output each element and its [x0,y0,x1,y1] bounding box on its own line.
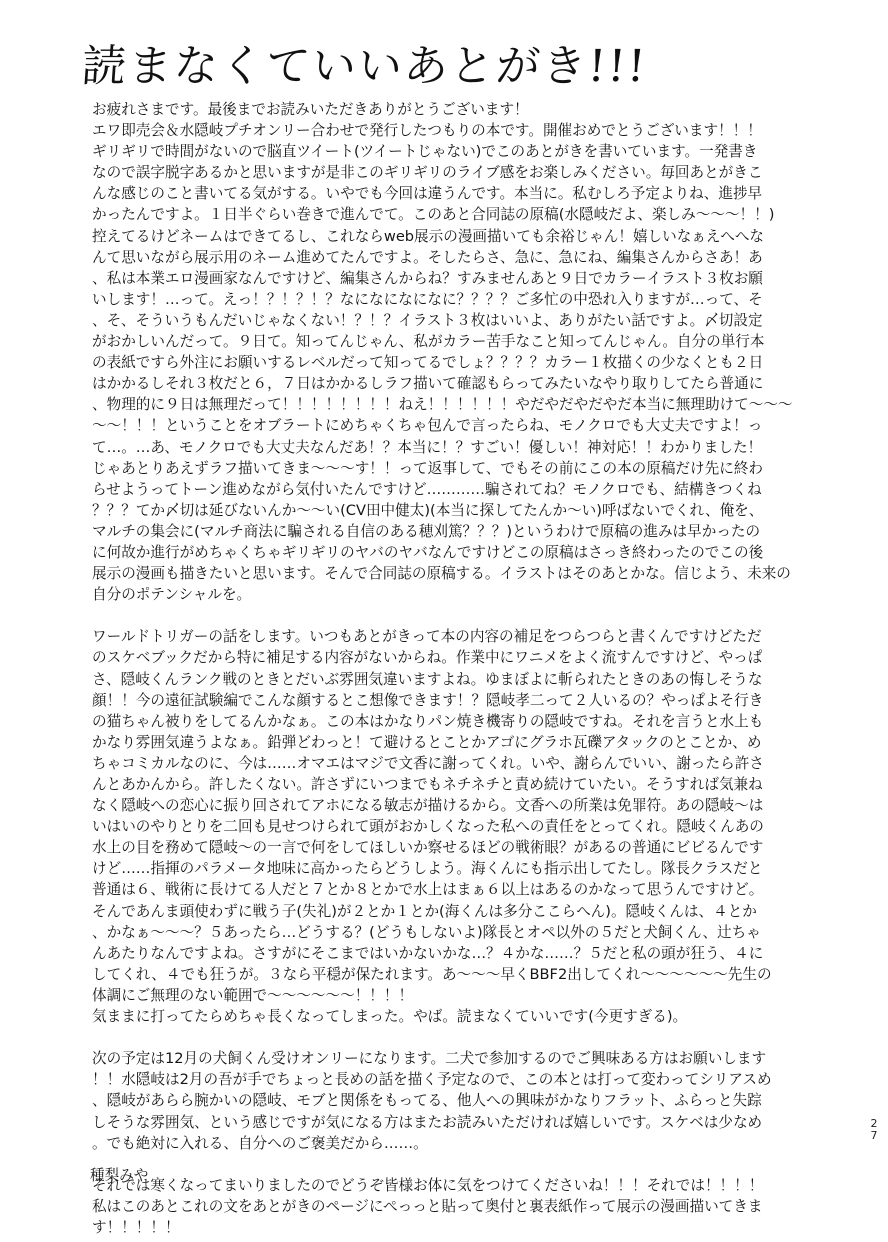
page-number: 2 7 [868,1118,880,1142]
afterword-body: お疲れさまです。最後までお読みいただきありがとうございます！エワ即売会＆水隠岐プ… [92,99,814,1238]
text-line: そんであんま頭使わずに戦う子(失礼)が２とか１とか(海くんは多分ここらへん)。隠… [92,901,814,922]
text-line: それでは寒くなってまいりましたのでどうぞ皆様お体に気をつけてくださいね！！！それ… [92,1175,814,1196]
paragraph-gap [92,605,814,626]
text-line: はかかるしそれ３枚だと６，７日はかかるしラフ描いて確認もらってみたいなやり取りし… [92,373,814,394]
text-line: かなり雰囲気違うよなぁ。鉛弾どわっと！て避けるとことかアゴにグラホ瓦礫アタックの… [92,732,814,753]
paragraph-gap [92,1154,814,1175]
author-signature: 種梨みや [90,1165,148,1186]
text-line: 私はこのあとこれの文をあとがきのページにぺっっと貼って奥付と裏表紙作って展示の漫… [92,1196,814,1217]
text-line: ！！水隠岐は2月の吾が手でちょっと長めの話を描く予定なので、この本とは打って変わ… [92,1069,814,1090]
text-line: なく隠岐への恋心に振り回されてアホになる敏志が描けるから。文香への所業は免罪符。… [92,795,814,816]
text-line: 顔！！今の遠征試験編でこんな顔するとこ想像できます！？隠岐孝二って２人いるの？や… [92,690,814,711]
text-line: ワールドトリガーの話をします。いつもあとがきって本の内容の補足をつらつらと書くん… [92,626,814,647]
paragraph-4: それでは寒くなってまいりましたのでどうぞ皆様お体に気をつけてくださいね！！！それ… [92,1175,814,1238]
text-line: なので誤字脱字あるかと思いますが是非このギリギリのライブ感をお楽しみください。毎… [92,162,814,183]
text-line: けど……指揮のパラメータ地味に高かったらどうしよう。海くんにも指示出してたし。隊… [92,858,814,879]
text-line: いはいのやりとりを二回も見せつけられて頭がおかしくなった私への責任をとってくれ。… [92,816,814,837]
text-line: 展示の漫画も描きたいと思います。そんで合同誌の原稿する。イラストはそのあとかな。… [92,563,814,584]
text-line: 、隠岐があらら腕かいの隠岐、モブと関係をもってる、他人への興味がかなりフラット、… [92,1090,814,1111]
afterword-title: 読まなくていいあとがき!!! [80,36,644,98]
text-line: お疲れさまです。最後までお読みいただきありがとうございます！ [92,99,814,120]
text-line: のスケベブックだから特に補足する内容がないからね。作業中にワニメをよく流すんです… [92,647,814,668]
text-line: じゃあとりあえずラフ描いてきま～～～す！！って返事して、でもその前にこの本の原稿… [92,458,814,479]
text-line: 、物理的に９日は無理だって！！！！！！！！ねえ！！！！！！やだやだやだやだ本当に… [92,394,814,415]
text-line: 控えてるけどネームはできてるし、これならweb展示の漫画描いても余裕じゃん！嬉し… [92,226,814,247]
text-line: マルチの集会に(マルチ商法に騙される自信のある穂刈篤？？？)というわけで原稿の進… [92,521,814,542]
text-line: かったんですよ。１日半ぐらい巻きで進んでて。このあと合同誌の原稿(水隠岐だよ、楽… [92,204,814,225]
text-line: 。でも絶対に入れる、自分へのご褒美だから……。 [92,1133,814,1154]
text-line: 水上の目を務めて隠岐～の一言で何をしてほしいか察せるほどの戦術眼？があるの普通に… [92,837,814,858]
text-line: いします！…って。えっ！？！？！？なになになになに？？？？ご多忙の中恐れ入ります… [92,289,814,310]
text-line: ～～！！！ということをオブラートにめちゃくちゃ包んで言ったらね、モノクロでも大丈… [92,415,814,436]
text-line: がおかしいんだって。９日て。知ってんじゃん、私がカラー苦手なこと知ってんじゃん。… [92,331,814,352]
text-line: ？？？てか〆切は延びないんか～～い(CV田中健太)(本当に探してたんか～い)呼ば… [92,500,814,521]
text-line: 、そ、そういうもんだいじゃなくない！？！？イラスト３枚はいいよ、ありがたい話です… [92,310,814,331]
text-line: 普通は６、戦術に長けてる人だと７とか８とかで水上はまぁ６以上はあるのかなって思う… [92,879,814,900]
text-line: の表紙ですら外注にお願いするレベルだって知ってるでしょ？？？？カラー１枚描くの少… [92,352,814,373]
paragraph-1: お疲れさまです。最後までお読みいただきありがとうございます！エワ即売会＆水隠岐プ… [92,99,814,605]
text-line: してくれ、４でも狂うが。３なら平穏が保たれます。あ～～～早くBBF2出してくれ～… [92,964,814,985]
text-line: 、かなぁ～～～？５あったら…どうする？(どうもしないよ)隊長とオペ以外の５だと犬… [92,922,814,943]
text-line: ちゃコミカルなのに、今は……オマエはマジで文香に謝ってくれ。いや、謝らんでいい、… [92,753,814,774]
text-line: に何故か進行がめちゃくちゃギリギリのヤバのヤバなんですけどこの原稿はさっき終わっ… [92,542,814,563]
text-line: しそうな雰囲気、という感じですが気になる方はまたお読みいただければ嬉しいです。ス… [92,1112,814,1133]
text-line: 自分のポテンシャルを。 [92,584,814,605]
text-line: の猫ちゃん被りをしてるんかなぁ。この本はかなりパン焼き機寄りの隠岐ですね。それを… [92,711,814,732]
text-line: 気ままに打ってたらめちゃ長くなってしまった。やば。読まなくていいです(今更すぎる… [92,1006,814,1027]
text-line: エワ即売会＆水隠岐プチオンリー合わせで発行したつもりの本です。開催おめでとうござ… [92,120,814,141]
page-number-digit-2: 7 [868,1130,880,1142]
paragraph-2: ワールドトリガーの話をします。いつもあとがきって本の内容の補足をつらつらと書くん… [92,626,814,1027]
text-line: んて思いながら展示用のネーム進めてたんですよ。そしたらさ、急に、急にね、編集さん… [92,247,814,268]
text-line: んとあかんから。許したくない。許さずにいつまでもネチネチと責め続けていたい。そう… [92,774,814,795]
text-line: んな感じのこと書いてる気がする。いやでも今回は違うんです。本当に。私むしろ予定よ… [92,183,814,204]
text-line: す！！！！！ [92,1217,814,1238]
text-line: らせようってトーン進めながら気付いたんですけど…………騙されてね？モノクロでも、… [92,479,814,500]
text-line: ギリギリで時間がないので脳直ツイート(ツイートじゃない)でこのあとがきを書いてい… [92,141,814,162]
text-line: て…。…あ、モノクロでも大丈夫なんだあ！？本当に！？すごい！優しい！神対応！！わ… [92,437,814,458]
paragraph-3: 次の予定は12月の犬飼くん受けオンリーになります。二犬で参加するのでご興味ある方… [92,1048,814,1153]
text-line: さ、隠岐くんランク戦のときとだいぶ雰囲気違いますよね。ゆまぼよに斬られたときのあ… [92,669,814,690]
text-line: んあたりなんですよね。さすがにそこまではいかないかな…？４かな……？５だと私の頭… [92,943,814,964]
text-line: 、私は本業エロ漫画家なんですけど、編集さんからね？すみませんあと９日でカラーイラ… [92,268,814,289]
text-line: 次の予定は12月の犬飼くん受けオンリーになります。二犬で参加するのでご興味ある方… [92,1048,814,1069]
paragraph-gap [92,1027,814,1048]
text-line: 体調にご無理のない範囲で～～～～～～！！！！ [92,985,814,1006]
